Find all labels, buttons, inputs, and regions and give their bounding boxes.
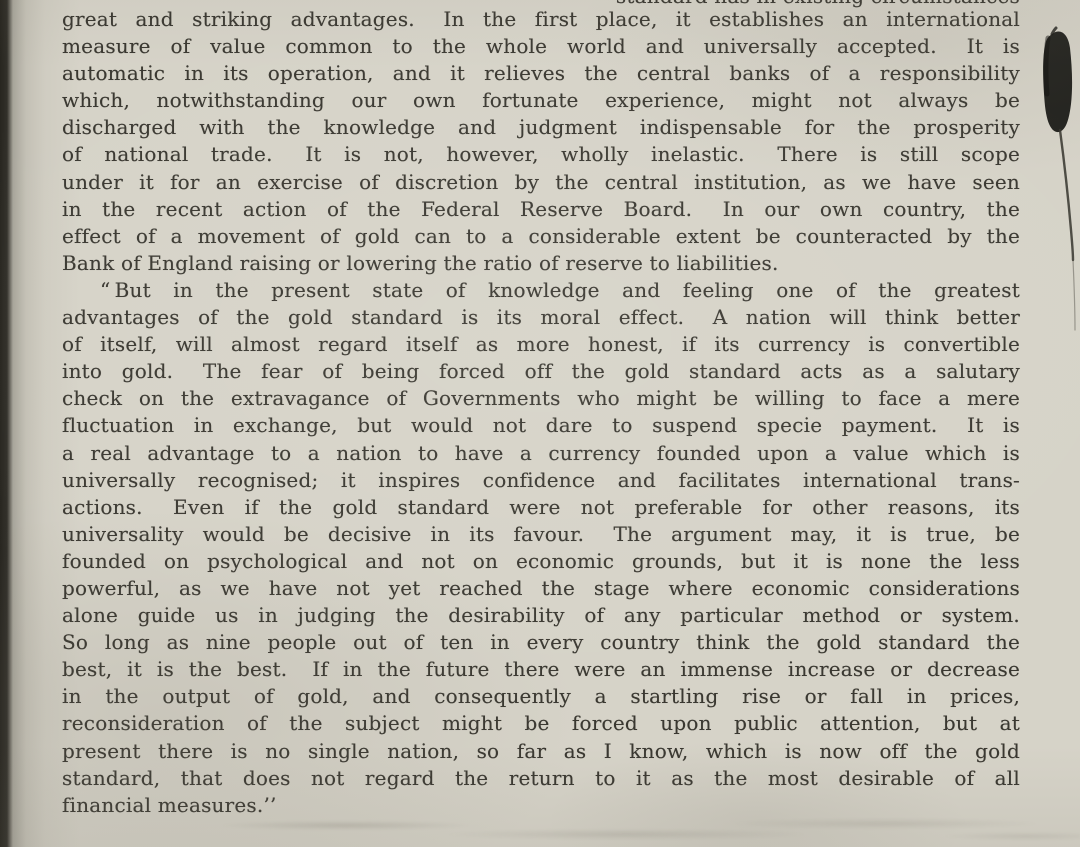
text-line: advantages of the gold standard is its m… — [62, 304, 1020, 331]
text-line: a real advantage to a nation to have a c… — [62, 440, 1020, 467]
text-line: under it for an exercise of discretion b… — [62, 169, 1020, 196]
text-line: fluctuation in exchange, but would not d… — [62, 412, 1020, 439]
text-line: Bank of England raising or lowering the … — [62, 250, 1020, 277]
text-line: powerful, as we have not yet reached the… — [62, 575, 1020, 602]
text-line: discharged with the knowledge and judgme… — [62, 114, 1020, 141]
text-line: universality would be decisive in its fa… — [62, 521, 1020, 548]
text-line: “ But in the present state of knowledge … — [62, 277, 1020, 304]
text-line: effect of a movement of gold can to a co… — [62, 223, 1020, 250]
text-line: standard, that does not regard the retur… — [62, 765, 1020, 792]
body-text: great and striking advantages. In the fi… — [62, 6, 1020, 819]
text-line: into gold. The fear of being forced off … — [62, 358, 1020, 385]
scanned-page: standard has in existing circumstances g… — [0, 0, 1080, 847]
text-line: best, it is the best. If in the future t… — [62, 656, 1020, 683]
text-line: automatic in its operation, and it relie… — [62, 60, 1020, 87]
text-line: check on the extravagance of Governments… — [62, 385, 1020, 412]
text-line: universally recognised; it inspires conf… — [62, 467, 1020, 494]
text-line: of itself, will almost regard itself as … — [62, 331, 1020, 358]
text-line: measure of value common to the whole wor… — [62, 33, 1020, 60]
text-line: actions. Even if the gold standard were … — [62, 494, 1020, 521]
text-line: of national trade. It is not, however, w… — [62, 141, 1020, 168]
ink-blot — [1026, 20, 1080, 360]
text-line: reconsideration of the subject might be … — [62, 710, 1020, 737]
text-line: in the recent action of the Federal Rese… — [62, 196, 1020, 223]
text-line: great and striking advantages. In the fi… — [62, 6, 1020, 33]
text-line: So long as nine people out of ten in eve… — [62, 629, 1020, 656]
text-line: which, notwithstanding our own fortunate… — [62, 87, 1020, 114]
text-line: founded on psychological and not on econ… — [62, 548, 1020, 575]
text-line: alone guide us in judging the desirabili… — [62, 602, 1020, 629]
text-line: in the output of gold, and consequently … — [62, 683, 1020, 710]
text-line: financial measures.’’ — [62, 792, 1020, 819]
text-line: present there is no single nation, so fa… — [62, 738, 1020, 765]
